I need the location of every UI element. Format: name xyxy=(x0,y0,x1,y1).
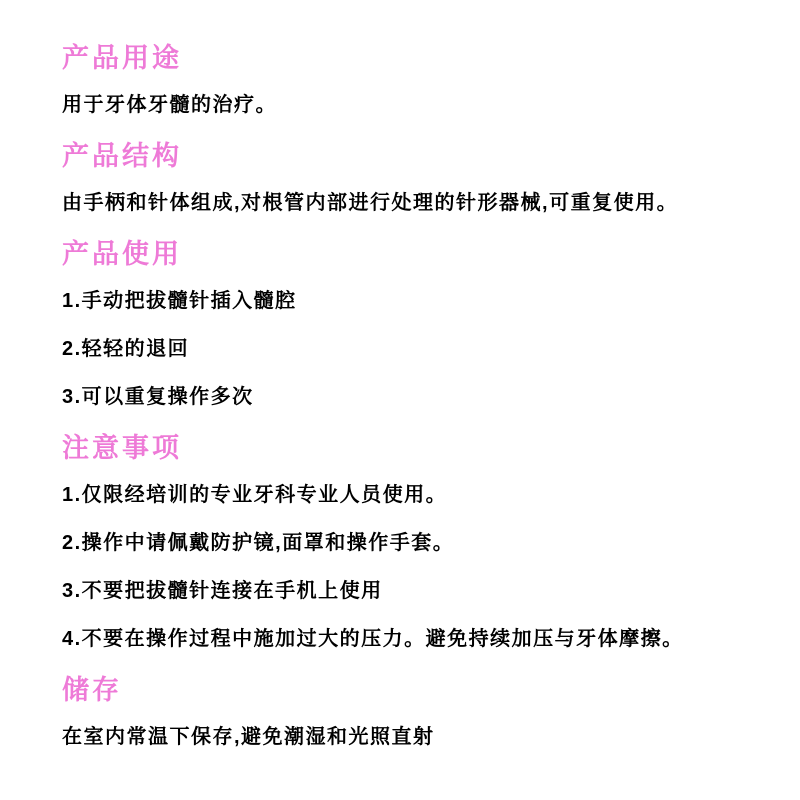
section-product-structure: 产品结构 由手柄和针体组成,对根管内部进行处理的针形器械,可重复使用。 xyxy=(62,138,760,218)
section-precautions: 注意事项 1.仅限经培训的专业牙科专业人员使用。 2.操作中请佩戴防护镜,面罩和… xyxy=(62,430,760,654)
paragraph: 由手柄和针体组成,对根管内部进行处理的针形器械,可重复使用。 xyxy=(62,188,760,218)
section-heading: 储存 xyxy=(62,672,760,708)
document-page: 产品用途 用于牙体牙髓的治疗。 产品结构 由手柄和针体组成,对根管内部进行处理的… xyxy=(0,0,800,800)
section-heading: 产品结构 xyxy=(62,138,760,174)
section-heading: 注意事项 xyxy=(62,430,760,466)
section-product-usage: 产品使用 1.手动把拔髓针插入髓腔 2.轻轻的退回 3.可以重复操作多次 xyxy=(62,236,760,412)
paragraph: 2.轻轻的退回 xyxy=(62,334,760,364)
paragraph: 用于牙体牙髓的治疗。 xyxy=(62,90,760,120)
section-product-use: 产品用途 用于牙体牙髓的治疗。 xyxy=(62,40,760,120)
paragraph: 3.可以重复操作多次 xyxy=(62,382,760,412)
paragraph: 在室内常温下保存,避免潮湿和光照直射 xyxy=(62,722,760,752)
section-heading: 产品使用 xyxy=(62,236,760,272)
section-heading: 产品用途 xyxy=(62,40,760,76)
section-storage: 储存 在室内常温下保存,避免潮湿和光照直射 xyxy=(62,672,760,752)
paragraph: 1.手动把拔髓针插入髓腔 xyxy=(62,286,760,316)
paragraph: 2.操作中请佩戴防护镜,面罩和操作手套。 xyxy=(62,528,760,558)
paragraph: 3.不要把拔髓针连接在手机上使用 xyxy=(62,576,760,606)
paragraph: 1.仅限经培训的专业牙科专业人员使用。 xyxy=(62,480,760,510)
paragraph: 4.不要在操作过程中施加过大的压力。避免持续加压与牙体摩擦。 xyxy=(62,624,760,654)
